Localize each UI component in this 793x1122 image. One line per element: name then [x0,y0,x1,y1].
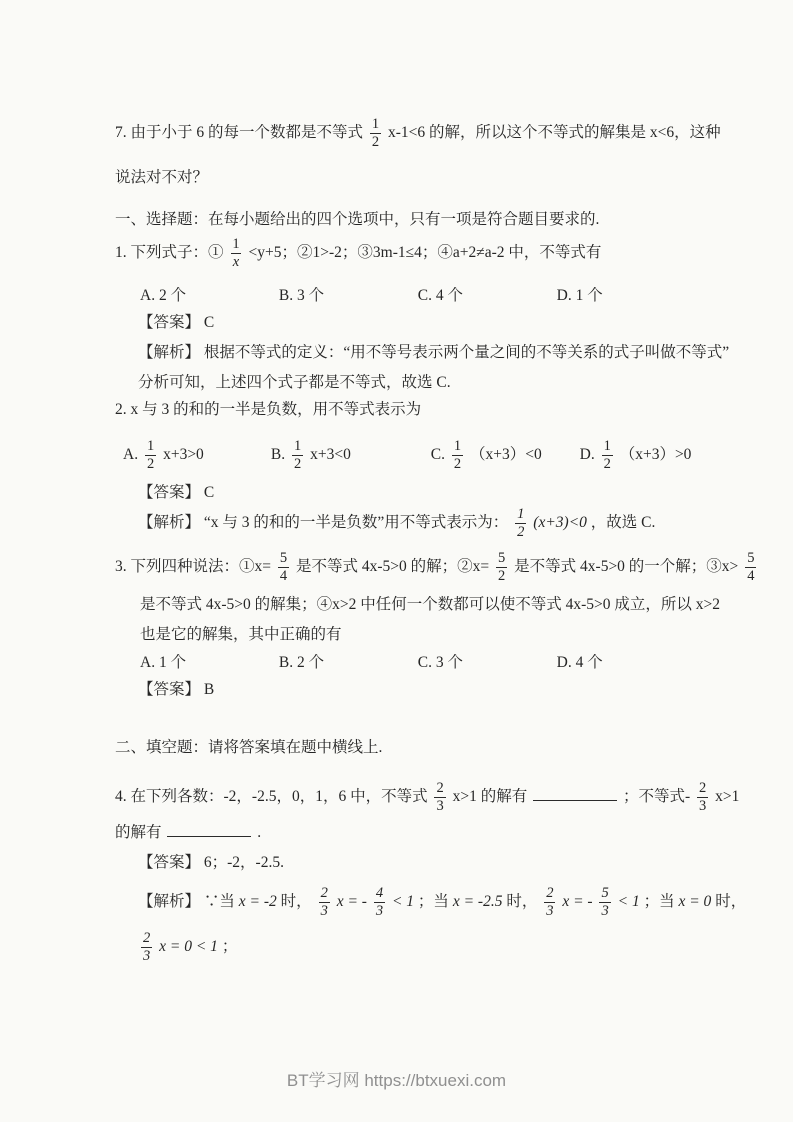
analysis-label: 【解析】 [138,514,200,531]
option-d: D. 1 个 [557,287,603,304]
option-c: C. 4 个 [418,281,553,311]
fraction-numerator: 1 [145,438,156,455]
q1-text-post: <y+5；②1>-2；③3m-1≤4；④a+2≠a-2 中，不等式有 [249,244,602,261]
answer-label: 【答案】 [138,854,200,871]
option-expression: （x+3）<0 [470,446,542,463]
analysis-math: < 1 [392,893,414,910]
fraction-denominator: 3 [141,947,152,965]
analysis-text: ∵当 [204,893,239,910]
q3-text: 也是它的解集，其中正确的有 [140,626,342,643]
fraction-numerator: 2 [697,780,708,797]
question-3-options: A. 1 个 B. 2 个 C. 3 个 D. 4 个 [140,648,603,678]
q2-text: 2. x 与 3 的和的一半是负数，用不等式表示为 [115,401,421,418]
fraction: 12 [602,438,613,472]
fraction-denominator: 2 [370,133,381,151]
option-b: B. 12 x+3<0 [271,432,427,478]
fraction: 23 [544,885,555,919]
option-b: B. 2 个 [279,648,414,678]
fraction-numerator: 1 [292,438,303,455]
q4-text: ；不等式- [623,788,690,805]
fraction: 54 [745,550,756,584]
fraction-denominator: 2 [496,567,507,585]
fraction-numerator: 4 [374,885,385,902]
question-4-line2: 的解有 . [115,818,261,848]
fraction-denominator: 4 [278,567,289,585]
fraction-denominator: 2 [452,455,463,473]
fraction-denominator: 3 [374,902,385,920]
option-a: A. 2 个 [140,281,275,311]
analysis-text: ；当 [644,893,679,910]
section-2-title: 二、填空题：请将答案填在题中横线上. [115,739,382,756]
q4-text: . [257,824,261,841]
question-1-options: A. 2 个 B. 3 个 C. 4 个 D. 1 个 [140,281,603,311]
question-4-analysis-line2: 23 x = 0 < 1 ； [138,924,237,970]
answer-blank [533,786,617,801]
fraction: 54 [278,550,289,584]
option-c: C. 3 个 [418,648,553,678]
option-expression: x+3<0 [310,446,351,463]
fraction-numerator: 5 [278,550,289,567]
analysis-text: 时， [502,893,537,910]
question-2-options: A. 12 x+3>0 B. 12 x+3<0 C. 12 （x+3）<0 D.… [123,432,691,478]
analysis-text: 分析可知，上述四个式子都是不等式，故选 C. [138,374,451,391]
fraction-denominator: 2 [602,455,613,473]
fraction-denominator: 3 [599,902,610,920]
fraction-numerator: 5 [496,550,507,567]
q3-text: 是不等式 4x-5>0 的解集；④x>2 中任何一个数都可以使不等式 4x-5>… [140,596,720,613]
question-2-analysis: 【解析】 “x 与 3 的和的一半是负数”用不等式表示为： 12 (x+3)<0… [138,500,655,546]
option-c: C. 12 （x+3）<0 [431,432,576,478]
option-d: D. 4 个 [557,654,603,671]
fraction-numerator: 2 [141,930,152,947]
answer-label: 【答案】 [138,484,200,501]
answer-value: C [204,314,214,331]
fraction: 23 [319,885,330,919]
analysis-math: x = -2 [239,893,277,910]
analysis-text: “x 与 3 的和的一半是负数”用不等式表示为： [204,514,508,531]
analysis-text: 时， [277,893,312,910]
q3-text: 是不等式 4x-5>0 的一个解；③x> [514,558,738,575]
question-4-line1: 4. 在下列各数：-2，-2.5，0，1，6 中，不等式 23 x>1 的解有 … [115,774,739,820]
q3-text: 是不等式 4x-5>0 的解；②x= [296,558,489,575]
option-d: D. 12 （x+3）>0 [580,446,692,463]
analysis-math: x = - [337,893,367,910]
fraction: 23 [697,780,708,814]
fraction-numerator: 1 [515,506,526,523]
q4-text: 4. 在下列各数：-2，-2.5，0，1，6 中，不等式 [115,788,428,805]
q4-text: x>1 [715,788,739,805]
fraction-denominator: 3 [319,902,330,920]
option-label: A. [123,446,138,463]
analysis-label: 【解析】 [138,344,200,361]
fraction: 12 [370,116,381,150]
question-3-line3: 也是它的解集，其中正确的有 [140,620,342,650]
analysis-math: x = -2.5 [453,893,503,910]
q4-text: 的解有 [115,824,162,841]
fraction-numerator: 2 [434,780,445,797]
fraction: 23 [141,930,152,964]
fraction-denominator: 3 [544,902,555,920]
question-7-line1: 7. 由于小于 6 的每一个数都是不等式 12 x-1<6 的解，所以这个不等式… [115,110,721,156]
fraction-numerator: 1 [370,116,381,133]
fraction: 53 [599,885,610,919]
q1-text-pre: 1. 下列式子：① [115,244,224,261]
question-3-line1: 3. 下列四种说法：①x= 54 是不等式 4x-5>0 的解；②x= 52 是… [115,544,759,590]
question-1-analysis-line2: 分析可知，上述四个式子都是不等式，故选 C. [138,368,451,398]
q4-text: x>1 的解有 [453,788,528,805]
fraction-denominator: 3 [434,797,445,815]
fraction-denominator: 3 [697,797,708,815]
question-2-line1: 2. x 与 3 的和的一半是负数，用不等式表示为 [115,395,421,425]
question-3-answer: 【答案】 B [138,675,214,705]
option-label: C. [431,446,445,463]
answer-value: 6；-2，-2.5. [204,854,284,871]
answer-label: 【答案】 [138,314,200,331]
option-expression: x+3>0 [163,446,204,463]
answer-label: 【答案】 [138,681,200,698]
fraction: 12 [292,438,303,472]
fraction-numerator: 5 [599,885,610,902]
section-1-title: 一、选择题：在每小题给出的四个选项中，只有一项是符合题目要求的. [115,211,599,228]
fraction-denominator: 2 [515,523,526,541]
fraction: 12 [452,438,463,472]
option-a: A. 1 个 [140,648,275,678]
section-2-heading: 二、填空题：请将答案填在题中横线上. [115,733,382,763]
option-b: B. 3 个 [279,281,414,311]
fraction: 1x [230,236,241,270]
option-a: A. 12 x+3>0 [123,432,267,478]
question-4-answer: 【答案】 6；-2，-2.5. [138,848,284,878]
fraction-numerator: 2 [544,885,555,902]
q7-text-pre: 7. 由于小于 6 的每一个数都是不等式 [115,124,363,141]
fraction: 43 [374,885,385,919]
option-expression: （x+3）>0 [620,446,692,463]
option-label: B. [271,446,285,463]
option-label: D. [580,446,595,463]
question-3-line2: 是不等式 4x-5>0 的解集；④x>2 中任何一个数都可以使不等式 4x-5>… [140,590,720,620]
worksheet-page: 7. 由于小于 6 的每一个数都是不等式 12 x-1<6 的解，所以这个不等式… [0,0,793,1122]
analysis-text: ；当 [418,893,453,910]
analysis-math: (x+3)<0 [533,514,587,531]
fraction-numerator: 1 [602,438,613,455]
analysis-math: x = 0 [678,893,711,910]
fraction: 23 [434,780,445,814]
q3-text: 3. 下列四种说法：①x= [115,558,271,575]
fraction: 12 [145,438,156,472]
question-1-line1: 1. 下列式子：① 1x <y+5；②1>-2；③3m-1≤4；④a+2≠a-2… [115,230,601,276]
fraction-numerator: 2 [319,885,330,902]
fraction-numerator: 1 [452,438,463,455]
question-1-answer: 【答案】 C [138,308,214,338]
site-watermark: BT学习网 https://btxuexi.com [0,1066,793,1091]
analysis-text: 根据不等式的定义：“用不等号表示两个量之间的不等关系的式子叫做不等式” [204,344,729,361]
fraction-denominator: 2 [292,455,303,473]
analysis-text: ，故选 C. [591,514,656,531]
answer-value: B [204,681,214,698]
answer-blank [167,822,251,837]
q7-text-post: x-1<6 的解，所以这个不等式的解集是 x<6，这种 [388,124,721,141]
fraction-numerator: 5 [745,550,756,567]
fraction-denominator: x [231,253,241,271]
question-4-analysis-line1: 【解析】 ∵当 x = -2 时， 23 x = - 43 < 1 ；当 x =… [138,879,746,925]
analysis-math: < 1 [618,893,640,910]
fraction-numerator: 1 [230,236,241,253]
fraction-denominator: 2 [145,455,156,473]
answer-value: C [204,484,214,501]
fraction-denominator: 4 [745,567,756,585]
question-7-line2: 说法对不对？ [115,163,208,193]
fraction: 52 [496,550,507,584]
analysis-text: 时， [711,893,746,910]
fraction: 12 [515,506,526,540]
analysis-math: x = - [562,893,592,910]
analysis-label: 【解析】 [138,893,200,910]
analysis-math: x = 0 < 1 [159,938,218,955]
q7-text-line2: 说法对不对？ [115,169,208,186]
analysis-text: ； [222,938,238,955]
question-1-analysis-line1: 【解析】 根据不等式的定义：“用不等号表示两个量之间的不等关系的式子叫做不等式” [138,338,729,368]
